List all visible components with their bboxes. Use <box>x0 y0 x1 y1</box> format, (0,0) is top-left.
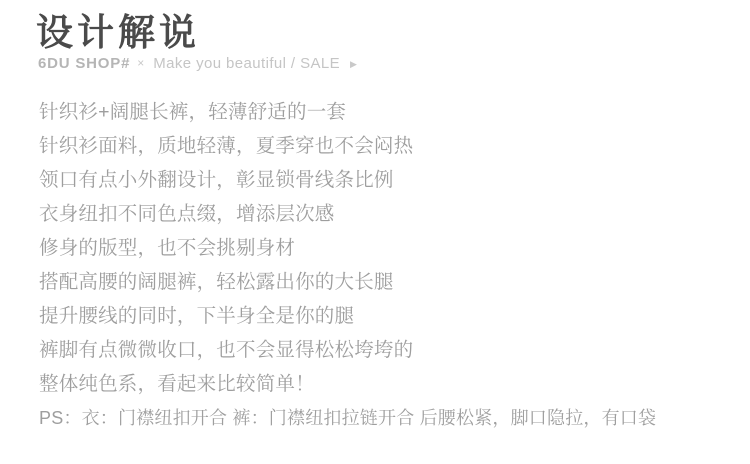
description-line: 搭配高腰的阔腿裤，轻松露出你的大长腿 <box>39 265 739 299</box>
description-line: 修身的版型，也不会挑剔身材 <box>39 231 739 265</box>
page-title: 设计解说 <box>36 13 200 53</box>
description-line: 领口有点小外翻设计，彰显锁骨线条比例 <box>39 163 739 197</box>
description-line: 提升腰线的同时，下半身全是你的腿 <box>39 299 739 333</box>
arrow-right-icon: ▶ <box>350 59 357 70</box>
description-line: 整体纯色系，看起来比较简单！ <box>39 367 739 401</box>
header-subline: 6DU SHOP# × Make you beautiful / SALE ▶ <box>38 54 357 72</box>
description-ps-note: PS：衣：门襟纽扣开合 裤：门襟纽扣拉链开合 后腰松紧，脚口隐拉，有口袋 <box>39 401 739 435</box>
description-line: 裤脚有点微微收口，也不会显得松松垮垮的 <box>39 333 739 367</box>
description-line: 针织衫面料，质地轻薄，夏季穿也不会闷热 <box>39 129 739 163</box>
design-explanation-page: 设计解说 6DU SHOP# × Make you beautiful / SA… <box>0 0 750 464</box>
brand-tagline: Make you beautiful / SALE <box>153 55 340 72</box>
description-line: 衣身纽扣不同色点缀，增添层次感 <box>39 197 739 231</box>
multiply-separator-icon: × <box>137 56 144 70</box>
description-line: 针织衫+阔腿长裤，轻薄舒适的一套 <box>39 95 739 129</box>
brand-name: 6DU SHOP# <box>38 55 130 72</box>
description-block: 针织衫+阔腿长裤，轻薄舒适的一套 针织衫面料，质地轻薄，夏季穿也不会闷热 领口有… <box>39 95 739 435</box>
